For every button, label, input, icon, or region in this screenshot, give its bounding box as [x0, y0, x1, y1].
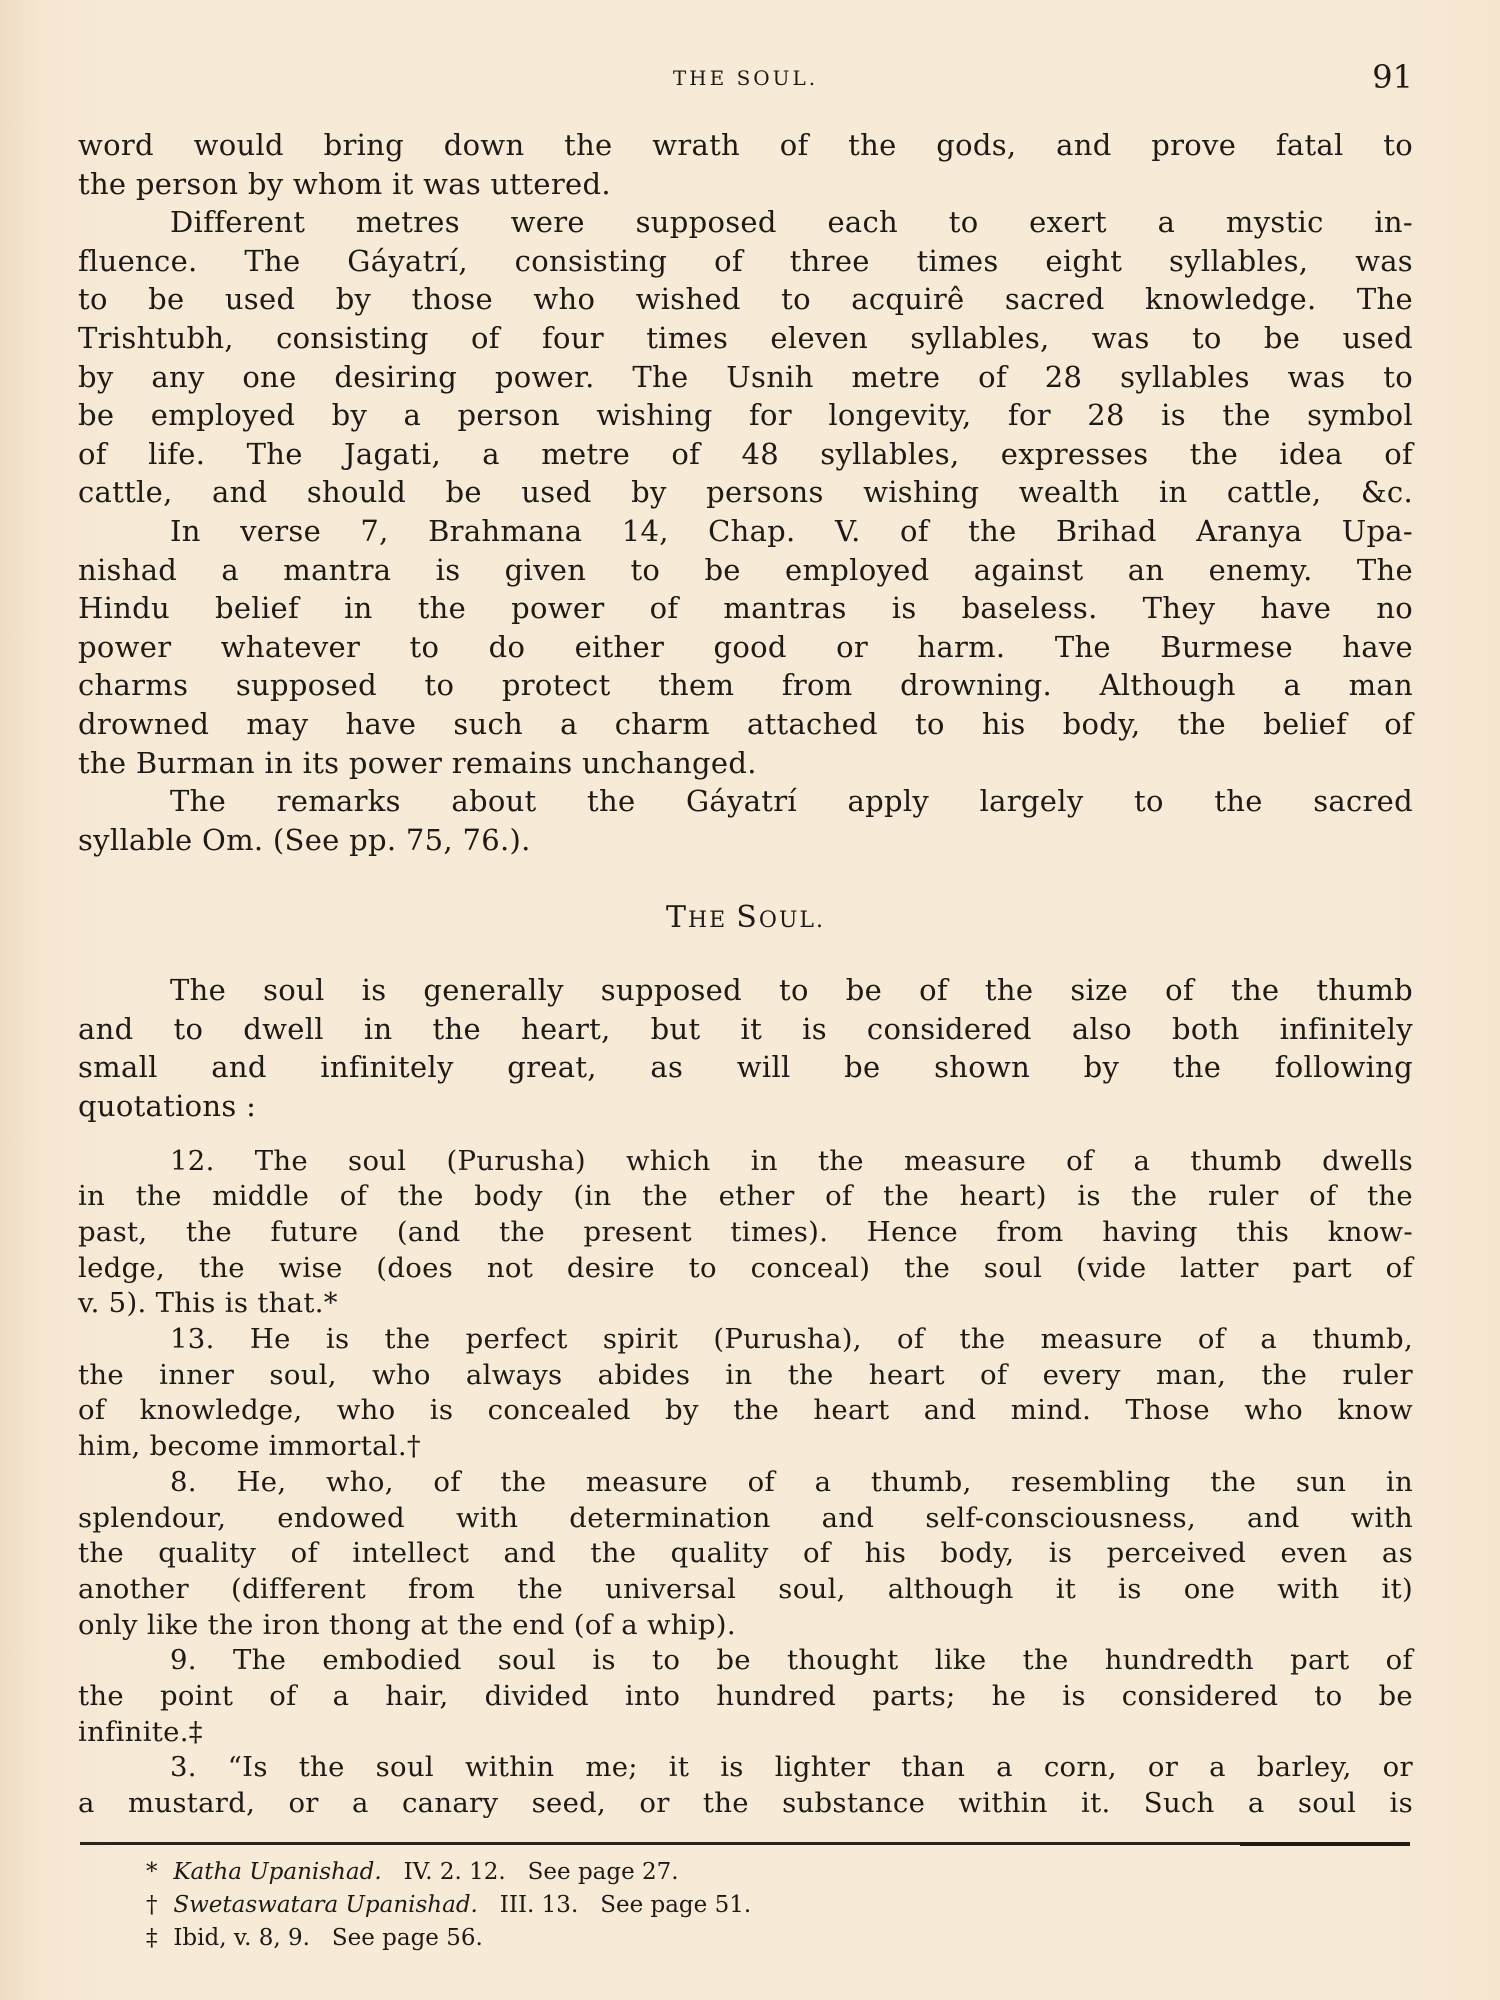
quotation-12: 12. The soul (Purusha) which in the meas… [78, 1144, 1413, 1322]
text-line: 13. He is the perfect spirit (Purusha), … [78, 1322, 1413, 1358]
text-line: word would bring down the wrath of the g… [78, 126, 1413, 165]
text-line: Trishtubh, consisting of four times elev… [78, 319, 1413, 358]
text-line: a mustard, or a canary seed, or the subs… [78, 1786, 1413, 1822]
footnote: ‡ Ibid, v. 8, 9. See page 56. [146, 1922, 751, 1955]
text-line: ledge, the wise (does not desire to conc… [78, 1251, 1413, 1287]
footnote-see: See page 51. [600, 1892, 751, 1918]
text-line: Different metres were supposed each to e… [78, 203, 1413, 242]
footnotes: * Katha Upanishad. IV. 2. 12. See page 2… [146, 1856, 751, 1955]
text-line: infinite.‡ [78, 1715, 1413, 1751]
running-title: THE SOUL. [78, 66, 1413, 90]
text-line: 12. The soul (Purusha) which in the meas… [78, 1144, 1413, 1180]
text-line: and to dwell in the heart, but it is con… [78, 1010, 1413, 1049]
footnote-see: See page 56. [332, 1925, 483, 1951]
section-heading: THE SOUL. [78, 899, 1413, 937]
page-number: 91 [1372, 58, 1413, 96]
paragraph-metres: Different metres were supposed each to e… [78, 203, 1413, 512]
text-line: of knowledge, who is concealed by the he… [78, 1393, 1413, 1429]
text-line: 8. He, who, of the measure of a thumb, r… [78, 1465, 1413, 1501]
paragraph-soul-intro: The soul is generally supposed to be of … [78, 971, 1413, 1125]
text-line: The remarks about the Gáyatrí apply larg… [78, 782, 1413, 821]
double-dagger-mark: ‡ [146, 1922, 166, 1955]
text-line: by any one desiring power. The Usnih met… [78, 358, 1413, 397]
body-text: word would bring down the wrath of the g… [78, 126, 1413, 1822]
text-line: the person by whom it was uttered. [78, 165, 1413, 204]
dagger-mark: † [146, 1889, 166, 1922]
footnote-see: See page 27. [528, 1859, 679, 1885]
text-line: fluence. The Gáyatrí, consisting of thre… [78, 242, 1413, 281]
text-line: nishad a mantra is given to be employed … [78, 551, 1413, 590]
text-line: quotations : [78, 1087, 1413, 1126]
text-line: past, the future (and the present times)… [78, 1215, 1413, 1251]
paragraph-continuation: word would bring down the wrath of the g… [78, 126, 1413, 203]
footnote-ref: Ibid, v. 8, 9. [173, 1925, 310, 1951]
text-line: splendour, endowed with determination an… [78, 1501, 1413, 1537]
text-line: The soul is generally supposed to be of … [78, 971, 1413, 1010]
text-line: cattle, and should be used by persons wi… [78, 473, 1413, 512]
book-page: THE SOUL. 91 word would bring down the w… [78, 0, 1413, 2000]
text-line: syllable Om. (See pp. 75, 76.). [78, 821, 1413, 860]
text-line: in the middle of the body (in the ether … [78, 1179, 1413, 1215]
text-line: small and infinitely great, as will be s… [78, 1048, 1413, 1087]
text-line: Hindu belief in the power of mantras is … [78, 589, 1413, 628]
text-line: v. 5). This is that.* [78, 1286, 1413, 1322]
text-line: only like the iron thong at the end (of … [78, 1608, 1413, 1644]
text-line: In verse 7, Brahmana 14, Chap. V. of the… [78, 512, 1413, 551]
footnote-ref: III. 13. [500, 1892, 578, 1918]
quotation-9: 9. The embodied soul is to be thought li… [78, 1643, 1413, 1750]
running-head: THE SOUL. 91 [78, 58, 1413, 98]
footnote-ref: IV. 2. 12. [404, 1859, 506, 1885]
text-line: of life. The Jagati, a metre of 48 sylla… [78, 435, 1413, 474]
footnote-title: Katha Upanishad. [173, 1859, 381, 1885]
footnote-divider [80, 1842, 1410, 1845]
text-line: the point of a hair, divided into hundre… [78, 1679, 1413, 1715]
quotation-3: 3. “Is the soul within me; it is lighter… [78, 1750, 1413, 1821]
footnote-title: Swetaswatara Upanishad. [173, 1892, 478, 1918]
text-line: 3. “Is the soul within me; it is lighter… [78, 1750, 1413, 1786]
text-line: 9. The embodied soul is to be thought li… [78, 1643, 1413, 1679]
quotation-8: 8. He, who, of the measure of a thumb, r… [78, 1465, 1413, 1643]
text-line: charms supposed to protect them from dro… [78, 666, 1413, 705]
paragraph-om: The remarks about the Gáyatrí apply larg… [78, 782, 1413, 859]
text-line: drowned may have such a charm attached t… [78, 705, 1413, 744]
asterisk-mark: * [146, 1856, 166, 1889]
text-line: another (different from the universal so… [78, 1572, 1413, 1608]
paragraph-mantras: In verse 7, Brahmana 14, Chap. V. of the… [78, 512, 1413, 782]
text-line: him, become immortal.† [78, 1429, 1413, 1465]
quotation-13: 13. He is the perfect spirit (Purusha), … [78, 1322, 1413, 1465]
text-line: the quality of intellect and the quality… [78, 1536, 1413, 1572]
text-line: be employed by a person wishing for long… [78, 396, 1413, 435]
quotations: 12. The soul (Purusha) which in the meas… [78, 1144, 1413, 1822]
footnote: † Swetaswatara Upanishad. III. 13. See p… [146, 1889, 751, 1922]
footnote: * Katha Upanishad. IV. 2. 12. See page 2… [146, 1856, 751, 1889]
text-line: the Burman in its power remains unchange… [78, 744, 1413, 783]
text-line: the inner soul, who always abides in the… [78, 1358, 1413, 1394]
text-line: to be used by those who wished to acquir… [78, 280, 1413, 319]
text-line: power whatever to do either good or harm… [78, 628, 1413, 667]
